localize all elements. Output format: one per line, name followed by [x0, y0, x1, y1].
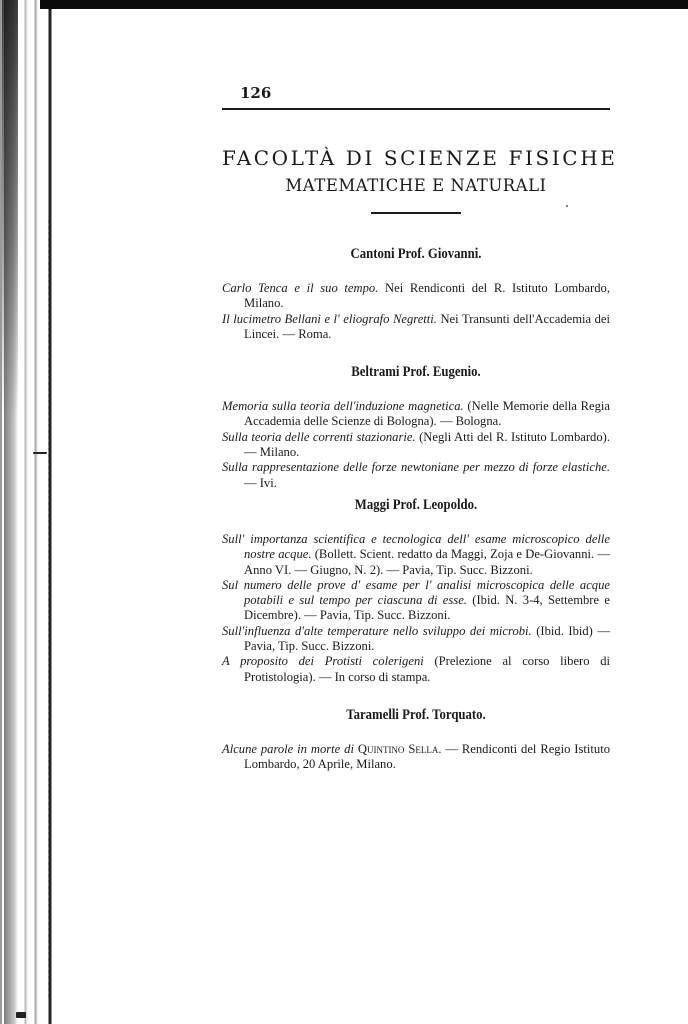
publication-details: — Ivi.	[244, 476, 277, 490]
scan-top-edge	[40, 0, 688, 9]
section-beltrami: Beltrami Prof. Eugenio. Memoria sulla te…	[222, 364, 610, 491]
page-number: 126	[240, 84, 271, 102]
title-rule	[371, 212, 461, 214]
publication-entry: A proposito dei Protisti colerigeni (Pre…	[222, 654, 610, 685]
binding-mark	[16, 1012, 26, 1018]
publication-list: Sull' importanza scientifica e tecnologi…	[222, 532, 610, 685]
professor-name: Maggi Prof. Leopoldo.	[245, 497, 586, 514]
publication-title: Carlo Tenca e il suo tempo.	[222, 281, 378, 295]
publication-list: Alcune parole in morte di Quintino Sella…	[222, 742, 610, 773]
faculty-subtitle: MATEMATICHE E NATURALI	[222, 176, 610, 195]
professor-name: Beltrami Prof. Eugenio.	[245, 364, 586, 381]
publication-entry: Carlo Tenca e il suo tempo. Nei Rendicon…	[222, 281, 610, 312]
publication-title: Sulla rappresentazione delle forze newto…	[222, 460, 610, 474]
binding-mark	[33, 452, 47, 454]
running-head: 126	[222, 78, 610, 110]
scan-speck	[566, 205, 568, 207]
professor-name: Taramelli Prof. Torquato.	[245, 707, 586, 724]
publication-title: Alcune parole in morte di	[222, 742, 354, 756]
publication-entry: Sulla rappresentazione delle forze newto…	[222, 460, 610, 491]
publication-entry: Sul numero delle prove d' esame per l' a…	[222, 578, 610, 624]
person-name: Quintino Sella.	[354, 742, 442, 756]
publication-entry: Il lucimetro Bellani e l' eliografo Negr…	[222, 312, 610, 343]
section-taramelli: Taramelli Prof. Torquato. Alcune parole …	[222, 707, 610, 773]
publication-entry: Sull' importanza scientifica e tecnologi…	[222, 532, 610, 578]
publication-title: Sull'influenza d'alte temperature nello …	[222, 624, 532, 638]
publication-list: Memoria sulla teoria dell'induzione magn…	[222, 399, 610, 491]
publication-entry: Sull'influenza d'alte temperature nello …	[222, 624, 610, 655]
binding-shadow	[2, 0, 18, 420]
publication-entry: Sulla teoria delle correnti stazionarie.…	[222, 430, 610, 461]
publication-entry: Alcune parole in morte di Quintino Sella…	[222, 742, 610, 773]
faculty-title: FACOLTÀ DI SCIENZE FISICHE	[222, 146, 610, 170]
publication-entry: Memoria sulla teoria dell'induzione magn…	[222, 399, 610, 430]
publication-title: Il lucimetro Bellani e l' eliografo Negr…	[222, 312, 437, 326]
publication-list: Carlo Tenca e il suo tempo. Nei Rendicon…	[222, 281, 610, 342]
gutter-line	[48, 220, 49, 1000]
professor-name: Cantoni Prof. Giovanni.	[245, 246, 586, 263]
publication-title: A proposito dei Protisti colerigeni	[222, 654, 424, 668]
section-cantoni: Cantoni Prof. Giovanni. Carlo Tenca e il…	[222, 246, 610, 342]
document-page: 126 FACOLTÀ DI SCIENZE FISICHE MATEMATIC…	[222, 78, 610, 773]
publication-title: Sulla teoria delle correnti stazionarie.	[222, 430, 416, 444]
section-maggi: Maggi Prof. Leopoldo. Sull' importanza s…	[222, 497, 610, 685]
publication-title: Memoria sulla teoria dell'induzione magn…	[222, 399, 464, 413]
